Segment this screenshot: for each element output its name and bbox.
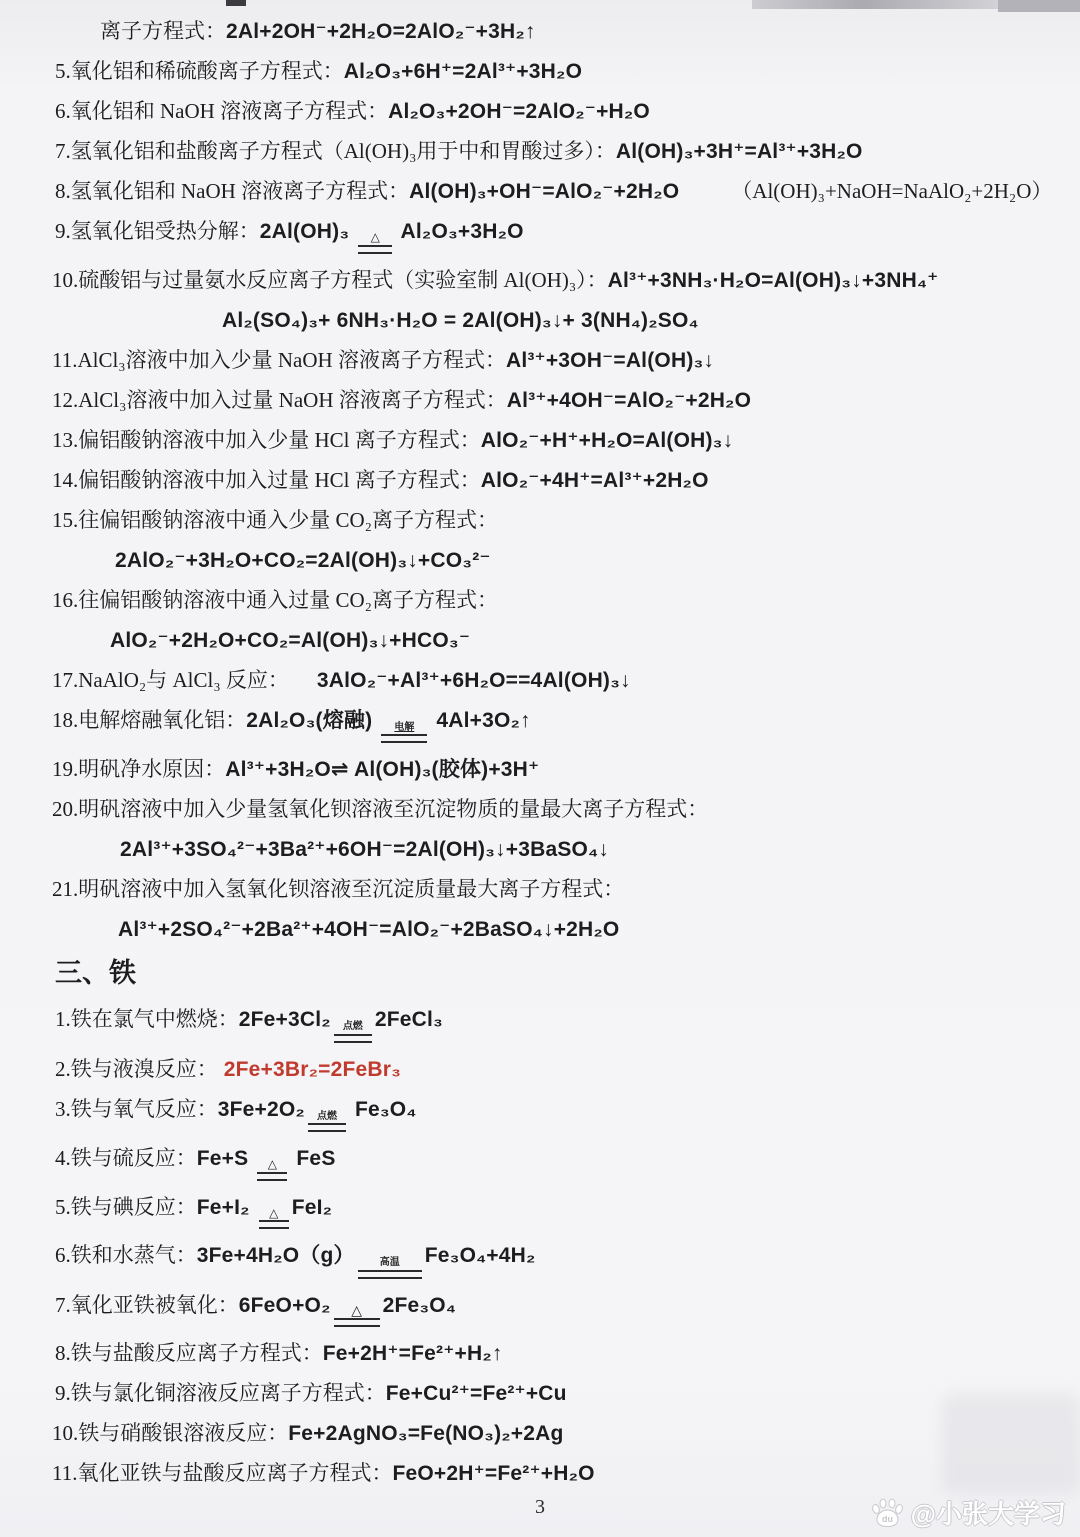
equation-line: 17.NaAlO₂与 AlCl₃ 反应：3AlO₂⁻+Al³⁺+6H₂O==4A…: [0, 667, 1080, 694]
label-text: 4.铁与硫反应：: [55, 1146, 197, 1170]
label-text: 9.氢氧化铝受热分解：: [55, 219, 260, 243]
reaction-condition: △: [259, 1207, 289, 1230]
equation-line: 18.电解熔融氧化铝：2Al₂O₃(熔融) 电解 4Al+3O₂↑: [0, 707, 1080, 744]
label-text: 10.铁与硝酸银溶液反应：: [52, 1421, 288, 1445]
formula-text: Al³⁺+3NH₃·H₂O=Al(OH)₃↓+3NH₄⁺: [608, 269, 939, 292]
formula-text: Al³⁺+4OH⁻=AlO₂⁻+2H₂O: [507, 389, 751, 412]
reaction-condition: 点燃: [334, 1022, 372, 1043]
formula-text: AlO₂⁻+4H⁺=Al³⁺+2H₂O: [481, 469, 709, 492]
formula-text: Al³⁺+2SO₄²⁻+2Ba²⁺+4OH⁻=AlO₂⁻+2BaSO₄↓+2H₂…: [118, 918, 619, 941]
equation-line: 9.氢氧化铝受热分解：2Al(OH)₃ △ Al₂O₃+3H₂O: [0, 218, 1080, 254]
formula-text: 2FeCl₃: [375, 1008, 443, 1031]
formula-text: 2Al+2OH⁻+2H₂O=2AlO₂⁻+3H₂↑: [226, 20, 536, 43]
equation-line: 10.硫酸铝与过量氨水反应离子方程式（实验室制 Al(OH)₃）：Al³⁺+3N…: [0, 267, 1080, 294]
document-lines: 离子方程式：2Al+2OH⁻+2H₂O=2AlO₂⁻+3H₂↑5.氧化铝和稀硫酸…: [0, 18, 1080, 1487]
label-text: 5.铁与碘反应：: [55, 1195, 197, 1219]
scan-artifact: [752, 0, 998, 9]
label-text: 3.铁与氧气反应：: [55, 1097, 218, 1121]
formula-text: Al₂O₃+3H₂O: [395, 220, 523, 243]
equation-line: 12.AlCl₃溶液中加入过量 NaOH 溶液离子方程式：Al³⁺+4OH⁻=A…: [0, 387, 1080, 414]
equation-line: 5.铁与碘反应：Fe+I₂ △FeI₂: [0, 1194, 1080, 1230]
page-footer: 3 du @小张大学习: [0, 1475, 1080, 1537]
label-text: 离子方程式：: [100, 19, 226, 43]
label-text: 13.偏铝酸钠溶液中加入少量 HCl 离子方程式：: [52, 428, 481, 452]
formula-text: Fe+I₂: [197, 1196, 256, 1219]
formula-text: Al₂O₃+2OH⁻=2AlO₂⁻+H₂O: [388, 100, 650, 123]
formula-text: Fe+S: [197, 1147, 255, 1170]
formula-text: Fe+2H⁺=Fe²⁺+H₂↑: [323, 1342, 503, 1365]
equation-line: 6.氧化铝和 NaOH 溶液离子方程式：Al₂O₃+2OH⁻=2AlO₂⁻+H₂…: [0, 98, 1080, 125]
watermark: du @小张大学习: [869, 1494, 1066, 1531]
label-text: 17.NaAlO₂与 AlCl₃ 反应：: [52, 668, 289, 692]
formula-text: FeS: [290, 1147, 335, 1170]
label-text: 16.往偏铝酸钠溶液中通入过量 CO₂离子方程式：: [52, 588, 498, 612]
equation-line: Al₂(SO₄)₃+ 6NH₃·H₂O = 2Al(OH)₃↓+ 3(NH₄)₂…: [0, 307, 1080, 334]
reaction-condition: 高温: [358, 1258, 422, 1279]
formula-text: 6FeO+O₂: [239, 1294, 331, 1317]
reaction-condition: 电解: [381, 723, 427, 744]
equation-line: 15.往偏铝酸钠溶液中通入少量 CO₂离子方程式：: [0, 507, 1080, 534]
equation-line: 20.明矾溶液中加入少量氢氧化钡溶液至沉淀物质的量最大离子方程式：: [0, 796, 1080, 823]
label-text: 三、铁: [55, 958, 136, 988]
formula-text: AlO₂⁻+2H₂O+CO₂=Al(OH)₃↓+HCO₃⁻: [110, 629, 470, 652]
formula-text: 2AlO₂⁻+3H₂O+CO₂=2Al(OH)₃↓+CO₃²⁻: [115, 549, 491, 572]
equation-line: 21.明矾溶液中加入氢氧化钡溶液至沉淀质量最大离子方程式：: [0, 876, 1080, 903]
formula-text: 2Al³⁺+3SO₄²⁻+3Ba²⁺+6OH⁻=2Al(OH)₃↓+3BaSO₄…: [120, 838, 609, 861]
scan-artifact: [226, 0, 246, 6]
reaction-condition: △: [334, 1303, 380, 1328]
label-text: 11.AlCl₃溶液中加入少量 NaOH 溶液离子方程式：: [52, 348, 506, 372]
document-page: 离子方程式：2Al+2OH⁻+2H₂O=2AlO₂⁻+3H₂↑5.氧化铝和稀硫酸…: [0, 0, 1080, 1537]
scan-artifact: [998, 0, 1080, 12]
label-text: 9.铁与氯化铜溶液反应离子方程式：: [55, 1381, 386, 1405]
equation-line: 8.铁与盐酸反应离子方程式：Fe+2H⁺=Fe²⁺+H₂↑: [0, 1340, 1080, 1367]
label-text: 5.氧化铝和稀硫酸离子方程式：: [55, 59, 344, 83]
formula-text: Fe₃O₄: [349, 1098, 417, 1121]
equation-line: 7.氢氧化铝和盐酸离子方程式（Al(OH)₃用于中和胃酸过多）：Al(OH)₃+…: [0, 138, 1080, 165]
formula-text: Al³⁺+3OH⁻=Al(OH)₃↓: [506, 349, 714, 372]
label-text: 8.氢氧化铝和 NaOH 溶液离子方程式：: [55, 179, 409, 203]
label-text: 14.偏铝酸钠溶液中加入过量 HCl 离子方程式：: [52, 468, 481, 492]
paw-icon-text: du: [882, 1514, 893, 1524]
label-text: 19.明矾净水原因：: [52, 757, 225, 781]
label-text: 10.硫酸铝与过量氨水反应离子方程式（实验室制 Al(OH)₃）：: [52, 268, 608, 292]
label-text: 6.氧化铝和 NaOH 溶液离子方程式：: [55, 99, 388, 123]
formula-text: Fe+2AgNO₃=Fe(NO₃)₂+2Ag: [288, 1422, 563, 1445]
baidu-paw-icon: du: [869, 1497, 905, 1529]
formula-text: Al₂(SO₄)₃+ 6NH₃·H₂O = 2Al(OH)₃↓+ 3(NH₄)₂…: [222, 309, 699, 332]
label-text: 1.铁在氯气中燃烧：: [55, 1007, 239, 1031]
formula-text: Al₂O₃+6H⁺=2Al³⁺+3H₂O: [344, 60, 582, 83]
equation-line: 13.偏铝酸钠溶液中加入少量 HCl 离子方程式：AlO₂⁻+H⁺+H₂O=Al…: [0, 427, 1080, 454]
label-text: 8.铁与盐酸反应离子方程式：: [55, 1341, 323, 1365]
equation-line: 10.铁与硝酸银溶液反应：Fe+2AgNO₃=Fe(NO₃)₂+2Ag: [0, 1420, 1080, 1447]
formula-text: 2Al₂O₃(熔融): [246, 709, 378, 732]
equation-line: 9.铁与氯化铜溶液反应离子方程式：Fe+Cu²⁺=Fe²⁺+Cu: [0, 1380, 1080, 1407]
label-text: 6.铁和水蒸气：: [55, 1243, 197, 1267]
equation-line: 11.AlCl₃溶液中加入少量 NaOH 溶液离子方程式：Al³⁺+3OH⁻=A…: [0, 347, 1080, 374]
formula-text: 3AlO₂⁻+Al³⁺+6H₂O==4Al(OH)₃↓: [317, 669, 631, 692]
equation-line: 14.偏铝酸钠溶液中加入过量 HCl 离子方程式：AlO₂⁻+4H⁺=Al³⁺+…: [0, 467, 1080, 494]
label-text: 21.明矾溶液中加入氢氧化钡溶液至沉淀质量最大离子方程式：: [52, 877, 624, 901]
equation-line: 1.铁在氯气中燃烧：2Fe+3Cl₂点燃2FeCl₃: [0, 1006, 1080, 1043]
equation-line: 2Al³⁺+3SO₄²⁻+3Ba²⁺+6OH⁻=2Al(OH)₃↓+3BaSO₄…: [0, 836, 1080, 863]
label-text: 7.氢氧化铝和盐酸离子方程式（Al(OH)₃用于中和胃酸过多）：: [55, 139, 616, 163]
formula-text: Al(OH)₃+OH⁻=AlO₂⁻+2H₂O: [409, 180, 679, 203]
equation-line: 7.氧化亚铁被氧化：6FeO+O₂△2Fe₃O₄: [0, 1292, 1080, 1328]
equation-line: 2AlO₂⁻+3H₂O+CO₂=2Al(OH)₃↓+CO₃²⁻: [0, 547, 1080, 574]
formula-text: Fe+Cu²⁺=Fe²⁺+Cu: [386, 1382, 567, 1405]
label-text: 18.电解熔融氧化铝：: [52, 708, 246, 732]
label-text: 7.氧化亚铁被氧化：: [55, 1293, 239, 1317]
watermark-handle: @小张大学习: [911, 1494, 1066, 1531]
formula-text: 2Al(OH)₃: [260, 220, 356, 243]
equation-line: 4.铁与硫反应：Fe+S △ FeS: [0, 1145, 1080, 1181]
formula-text: AlO₂⁻+H⁺+H₂O=Al(OH)₃↓: [481, 429, 734, 452]
equation-line: 3.铁与氧气反应：3Fe+2O₂点燃 Fe₃O₄: [0, 1096, 1080, 1133]
label-text: 12.AlCl₃溶液中加入过量 NaOH 溶液离子方程式：: [52, 388, 507, 412]
formula-text: 2Fe+3Cl₂: [239, 1008, 331, 1031]
formula-text: 3Fe+4H₂O（g）: [197, 1244, 355, 1267]
equation-line: 离子方程式：2Al+2OH⁻+2H₂O=2AlO₂⁻+3H₂↑: [0, 18, 1080, 45]
label-text: 20.明矾溶液中加入少量氢氧化钡溶液至沉淀物质的量最大离子方程式：: [52, 797, 708, 821]
equation-line: 8.氢氧化铝和 NaOH 溶液离子方程式：Al(OH)₃+OH⁻=AlO₂⁻+2…: [0, 178, 1080, 205]
equation-line: 5.氧化铝和稀硫酸离子方程式：Al₂O₃+6H⁺=2Al³⁺+3H₂O: [0, 58, 1080, 85]
formula-text: Al³⁺+3H₂O⇌ Al(OH)₃(胶体)+3H⁺: [225, 758, 539, 781]
formula-text: 4Al+3O₂↑: [430, 709, 530, 732]
equation-line: 2.铁与液溴反应：2Fe+3Br₂=2FeBr₃: [0, 1056, 1080, 1083]
reaction-condition: △: [358, 231, 392, 254]
formula-text: FeI₂: [292, 1196, 332, 1219]
reaction-condition: 点燃: [308, 1112, 346, 1133]
equation-line: 16.往偏铝酸钠溶液中通入过量 CO₂离子方程式：: [0, 587, 1080, 614]
label-text: 15.往偏铝酸钠溶液中通入少量 CO₂离子方程式：: [52, 508, 498, 532]
equation-line: AlO₂⁻+2H₂O+CO₂=Al(OH)₃↓+HCO₃⁻: [0, 627, 1080, 654]
equation-line: 6.铁和水蒸气：3Fe+4H₂O（g）高温Fe₃O₄+4H₂: [0, 1242, 1080, 1279]
equation-line: 19.明矾净水原因：Al³⁺+3H₂O⇌ Al(OH)₃(胶体)+3H⁺: [0, 756, 1080, 783]
formula-text: Al(OH)₃+3H⁺=Al³⁺+3H₂O: [616, 140, 863, 163]
label-text: 2.铁与液溴反应：: [55, 1057, 218, 1081]
section-heading: 三、铁: [0, 956, 1080, 990]
formula-text: 3Fe+2O₂: [218, 1098, 305, 1121]
formula-text: 2Fe+3Br₂=2FeBr₃: [224, 1058, 401, 1081]
label-text: （Al(OH)₃+NaOH=NaAlO₂+2H₂O）: [731, 179, 1052, 203]
formula-text: Fe₃O₄+4H₂: [425, 1244, 536, 1267]
equation-line: Al³⁺+2SO₄²⁻+2Ba²⁺+4OH⁻=AlO₂⁻+2BaSO₄↓+2H₂…: [0, 916, 1080, 943]
reaction-condition: △: [257, 1158, 287, 1181]
formula-text: 2Fe₃O₄: [383, 1294, 456, 1317]
